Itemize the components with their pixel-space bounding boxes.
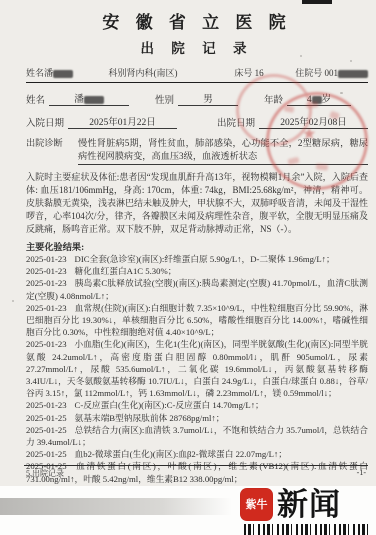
footer-section-label: 5.出院记录 [26, 468, 64, 479]
document-title: 出 院 记 录 [26, 37, 368, 57]
lab-date: 2025-01-23 [26, 254, 67, 264]
age-redaction [312, 96, 322, 104]
scan-corner-mark [302, 0, 332, 4]
lab-record: 2025-01-25总铁结合力(南区):血清铁 3.7umol/L↓，不饱和铁结… [26, 424, 368, 448]
discharge-date-label: 出院日期 [217, 115, 255, 129]
admission-number-redaction [338, 70, 368, 78]
lab-record: 2025-01-23C-反应蛋白(生化)(南区):C-反应蛋白 14.70mg/… [26, 399, 368, 411]
document-content: 安 徽 省 立 医 院 出 院 记 录 姓名潘 科别肾内科(南区) 床号 16 … [26, 8, 368, 509]
name-visible: 潘 [74, 95, 84, 105]
page-number: -1- [357, 468, 366, 479]
meta-department: 科别肾内科(南区) [109, 66, 235, 79]
admission-symptoms: 入院时主要症状及体征:患者因“发现血肌酐升高13年，视物模糊1月余”入院，入院后… [26, 171, 368, 236]
ziniu-app-icon: 紫牛 [240, 488, 273, 521]
age-value: 4岁 [287, 91, 351, 106]
gender-value: 男 [178, 91, 238, 106]
lab-date: 2025-01-23 [26, 303, 67, 313]
lab-text: 氨基末端B型钠尿肽前体 28768pg/ml↑； [75, 413, 225, 423]
lab-record: 2025-01-23胰岛素C肽释放试验(空腹)(南区):胰岛素测定(空腹) 41… [26, 277, 368, 301]
ziniu-brand-text: 新闻 [277, 488, 341, 521]
barcode [244, 524, 370, 535]
footer-row: 5.出院记录 -1- [26, 468, 366, 479]
meta-admission-number: 住院号 001 [295, 66, 368, 79]
header-meta-row: 姓名潘 科别肾内科(南区) 床号 16 住院号 001 [26, 66, 368, 79]
lab-date: 2025-01-25 [26, 413, 67, 423]
discharge-date-value: 2025年02月08日 [259, 114, 368, 129]
lab-text: 总铁结合力(南区):血清铁 3.7umol/L↓，不饱和铁结合力 35.7umo… [26, 425, 368, 447]
symptoms-label: 入院时主要症状及体征: [26, 172, 119, 182]
lab-date: 2025-01-25 [26, 449, 67, 459]
lab-text: DIC全套(急诊室)(南区):纤维蛋白原 5.90g/L↑，D-二聚体 1.96… [75, 254, 335, 264]
scan-noise [12, 300, 14, 302]
header-divider [26, 82, 368, 83]
diagnosis-label: 出院诊断 [26, 137, 78, 165]
lab-date: 2025-01-23 [26, 278, 67, 288]
footer-divider [24, 465, 368, 466]
lab-date: 2025-01-25 [26, 425, 67, 435]
age-unit: 岁 [322, 95, 332, 105]
lab-text: C-反应蛋白(生化)(南区):C-反应蛋白 14.70mg/L↑； [75, 400, 264, 410]
lab-date: 2025-01-23 [26, 339, 67, 349]
discharge-diagnosis: 出院诊断 慢性肾脏病5期，肾性贫血，肺部感染，心功能不全，2型糖尿病，糖尿病性视… [26, 137, 368, 165]
lab-results-heading: 主要化验结果: [26, 239, 368, 253]
scan-edge-band [0, 498, 232, 515]
lab-record: 2025-01-25氨基末端B型钠尿肽前体 28768pg/ml↑； [26, 412, 368, 424]
lab-date: 2025-01-23 [26, 400, 67, 410]
age-visible: 4 [307, 95, 312, 105]
lab-text: 小血脂(生化)(南区)，生化1(生化)(南区)，同型半胱氨酸(生化)(南区):同… [26, 339, 368, 398]
lab-record: 2025-01-23DIC全套(急诊室)(南区):纤维蛋白原 5.90g/L↑，… [26, 253, 368, 265]
name-redaction [84, 96, 104, 104]
lab-record: 2025-01-23糖化血红蛋白A1C 5.30%； [26, 265, 368, 277]
lab-record: 2025-01-23小血脂(生化)(南区)，生化1(生化)(南区)，同型半胱氨酸… [26, 338, 368, 399]
age-label: 年龄 [264, 92, 283, 106]
lab-record: 2025-01-23血常规(住院)(南区):白细胞计数 7.35×10^9/L，… [26, 302, 368, 339]
hospital-name: 安 徽 省 立 医 院 [26, 8, 368, 33]
admit-date-value: 2025年01月22日 [68, 114, 177, 129]
patient-info-row: 姓名 潘 性别 男 年龄 4岁 [26, 91, 368, 106]
dates-row: 入院日期 2025年01月22日 出院日期 2025年02月08日 [26, 114, 368, 129]
lab-record: 2025-01-25血b2-微球蛋白(生化)(南区):血β2-微球蛋白 22.0… [26, 448, 368, 460]
lab-text: 胰岛素C肽释放试验(空腹)(南区):胰岛素测定(空腹) 41.70pmol/L，… [26, 278, 368, 300]
discharge-record-page: 安 徽 省 立 医 院 出 院 记 录 姓名潘 科别肾内科(南区) 床号 16 … [0, 0, 376, 535]
name-redaction [53, 70, 73, 78]
diagnosis-text: 慢性肾脏病5期，肾性贫血，肺部感染，心功能不全，2型糖尿病，糖尿病性视网膜病变，… [78, 137, 368, 165]
meta-name-label: 姓名潘 [26, 68, 53, 78]
lab-text: 血b2-微球蛋白(生化)(南区):血β2-微球蛋白 22.07mg/L↑； [75, 449, 287, 459]
gender-label: 性别 [155, 92, 174, 106]
meta-name: 姓名潘 [26, 66, 109, 79]
name-label: 姓名 [26, 92, 45, 106]
lab-text: 血常规(住院)(南区):白细胞计数 7.35×10^9/L，中性粒细胞百分比 5… [26, 303, 368, 337]
lab-text: 糖化血红蛋白A1C 5.30%； [75, 266, 177, 276]
name-value: 潘 [49, 91, 129, 106]
admission-number-label: 住院号 001 [295, 68, 338, 78]
ziniu-news-logo: 紫牛 新闻 [240, 488, 341, 521]
admit-date-label: 入院日期 [26, 115, 64, 129]
lab-date: 2025-01-23 [26, 266, 67, 276]
meta-bed-number: 床号 16 [234, 66, 295, 79]
